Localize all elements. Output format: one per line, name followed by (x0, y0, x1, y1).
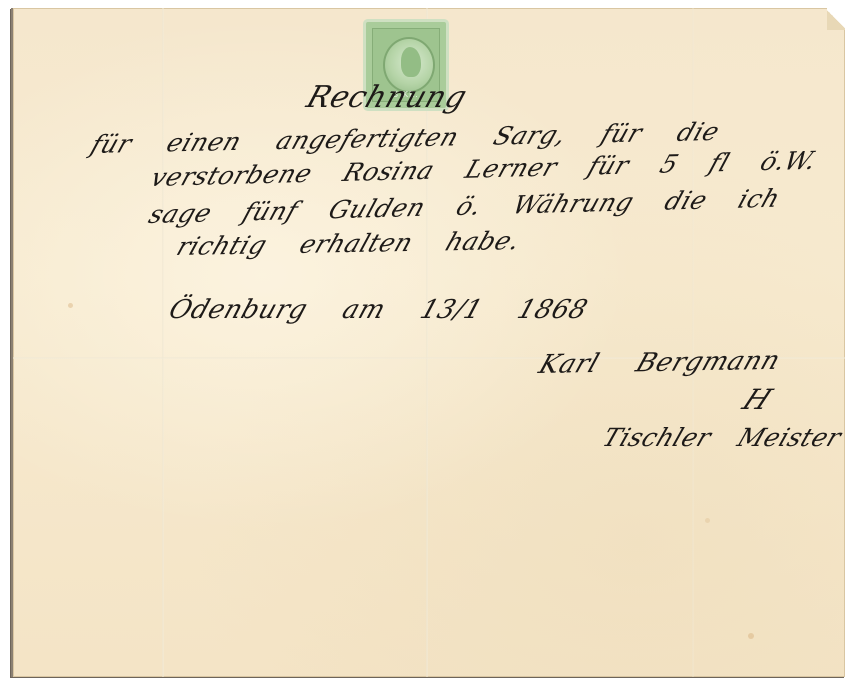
age-spot (748, 633, 754, 639)
folded-corner (827, 8, 845, 30)
age-spot (68, 303, 73, 308)
fold-line (692, 8, 694, 677)
age-spot (705, 518, 710, 523)
place-date-line: Ödenburg am 13/1 1868 (165, 295, 591, 325)
body-line: richtig erhalten habe. (173, 226, 525, 261)
portrait-head (401, 47, 421, 77)
signer-title: Tischler Meister (599, 423, 846, 452)
receipt-title: Rechnung (302, 80, 471, 115)
signature: Karl Bergmann (535, 346, 785, 380)
fold-line (162, 8, 164, 677)
